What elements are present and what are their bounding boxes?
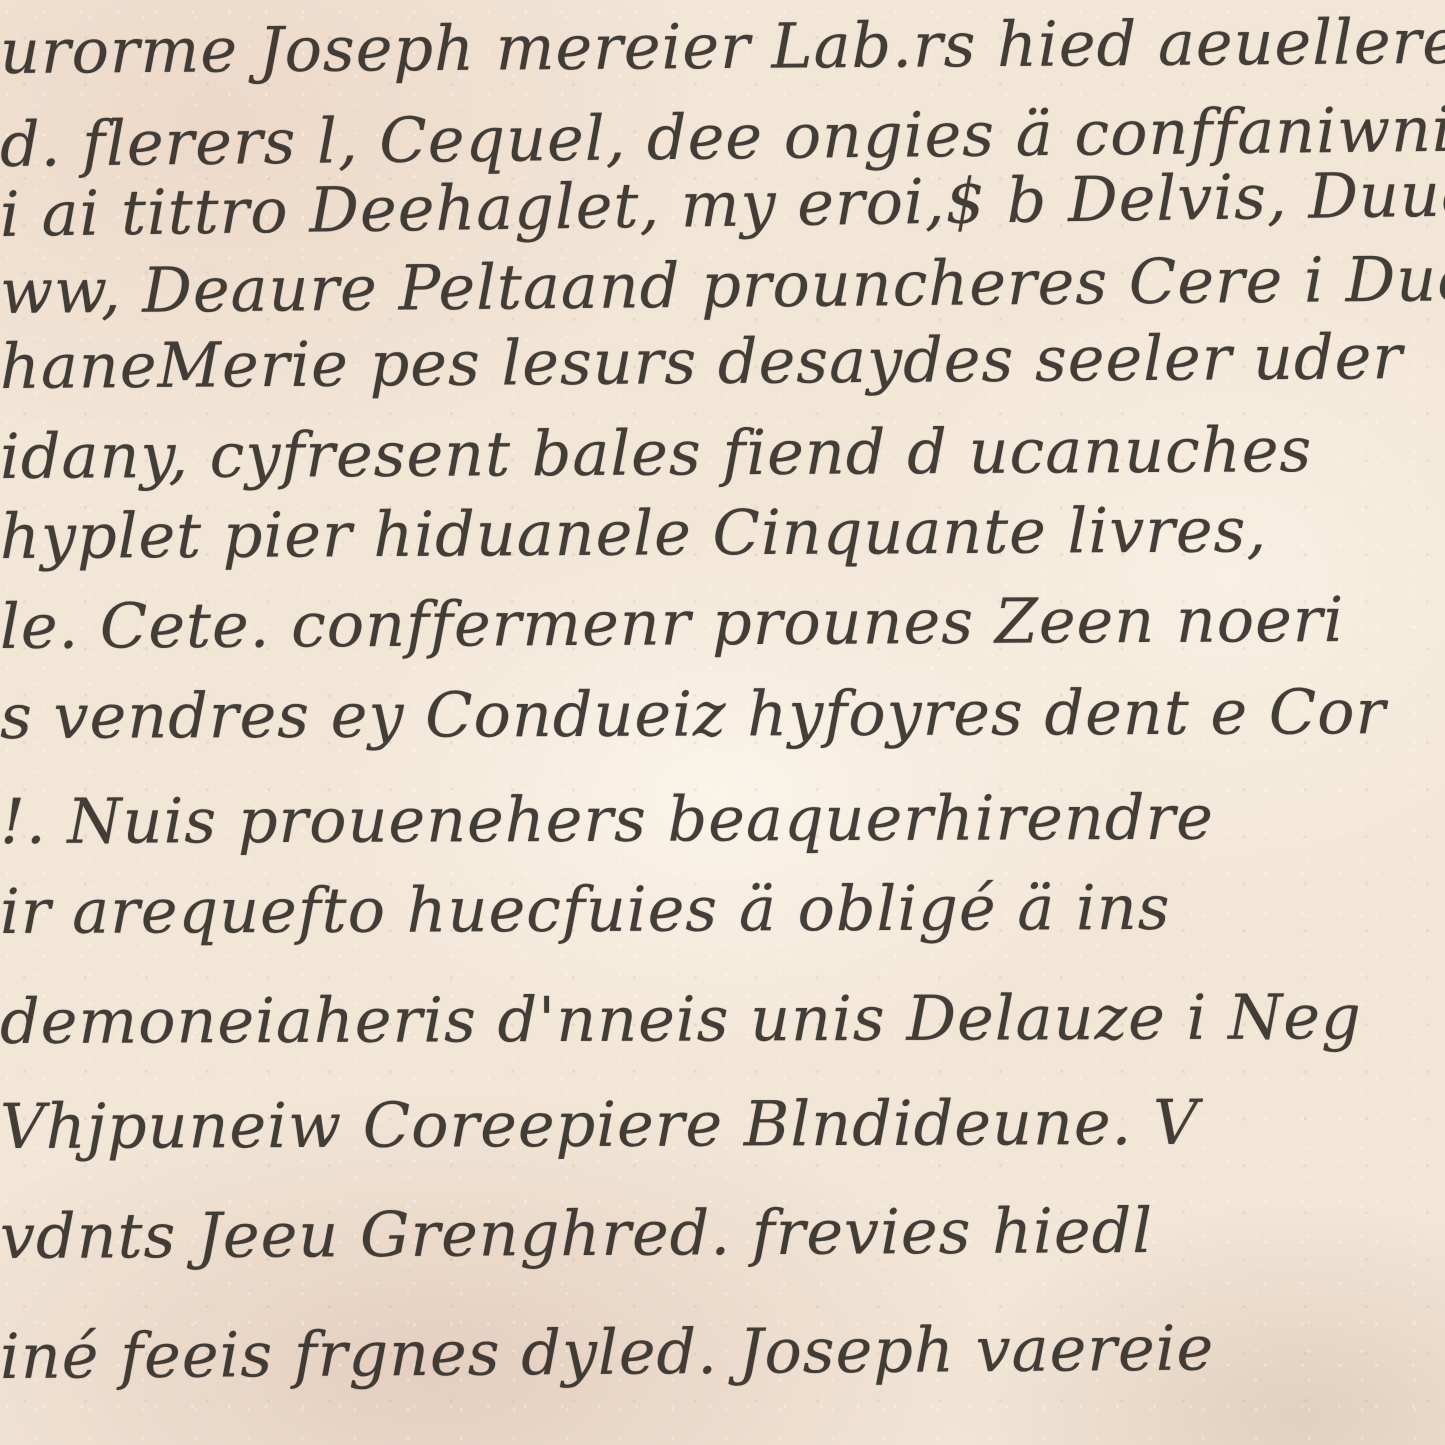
manuscript-line: iné feeis frgnes dyled. Joseph vaereie (0, 1312, 1214, 1393)
manuscript-page: urorme Joseph mereier Lab.rs hied aeuell… (0, 0, 1445, 1445)
manuscript-line: ww, Deaure Peltaand prouncheres Cere i D… (0, 242, 1445, 328)
manuscript-line: hyplet pier hiduanele Cinquante livres, (0, 493, 1267, 573)
manuscript-line: vdnts Jeeu Grenghred. frevies hiedl (0, 1194, 1153, 1273)
manuscript-line: idany, cyfresent bales fiend d ucanuches (0, 413, 1312, 493)
manuscript-line: haneMerie pes lesurs desaydes seeler ude… (0, 320, 1403, 403)
manuscript-line: !. Nuis prouenehers beaquerhirendre (0, 781, 1214, 858)
manuscript-line: s vendres ey Condueiz hyfoyres dent e Co… (0, 675, 1386, 753)
manuscript-line: le. Cete. conffermenr prounes Zeen noeri (0, 583, 1344, 663)
manuscript-line: Vhjpuneiw Coreepiere Blndideune. V (0, 1086, 1199, 1163)
manuscript-line: demoneiaheris d'nneis unis Delauze i Neg (0, 980, 1362, 1058)
manuscript-line: urorme Joseph mereier Lab.rs hied aeuell… (0, 4, 1445, 88)
manuscript-line: ir arequefto huecfuies ä obligé ä ins (0, 871, 1171, 948)
